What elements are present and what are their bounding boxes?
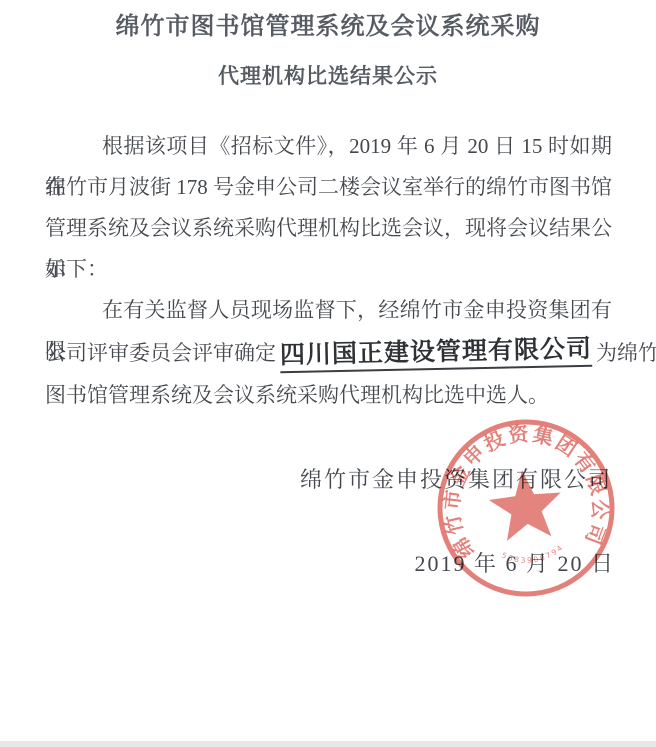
signature-date: 2019 年 6 月 20 日 <box>414 547 615 578</box>
paragraph2-line3: 图书馆管理系统及会议系统采购代理机构比选中选人。 <box>45 375 612 416</box>
scan-bottom-edge <box>0 741 656 747</box>
paragraph1-line3: 管理系统及会议系统采购代理机构比选会议，现将会议结果公示 <box>45 208 612 249</box>
decision-text-prefix: 公司评审委员会评审确定 <box>45 331 276 375</box>
document-body: 根据该项目《招标文件》，2019 年 6 月 20 日 15 时如期在 绵竹市月… <box>45 126 612 416</box>
signature-company: 绵竹市金申投资集团有限公司 <box>300 463 612 494</box>
document-title-line1: 绵竹市图书馆管理系统及会议系统采购 <box>0 6 656 41</box>
paragraph1-line2: 绵竹市月波街 178 号金申公司二楼会议室举行的绵竹市图书馆 <box>45 167 612 208</box>
official-seal: 绵竹市金申投资集团有限公司 5683900794 <box>422 404 631 613</box>
document-page: 绵竹市图书馆管理系统及会议系统采购 代理机构比选结果公示 根据该项目《招标文件》… <box>0 0 656 747</box>
handwritten-company-name: 四川国正建设管理有限公司 <box>280 335 593 374</box>
paragraph2-line1: 在有关监督人员现场监督下，经绵竹市金申投资集团有限 <box>45 290 612 331</box>
document-title-line2: 代理机构比选结果公示 <box>0 60 656 90</box>
paragraph2-line2: 公司评审委员会评审确定 四川国正建设管理有限公司 为绵竹市 <box>45 331 612 375</box>
paragraph1-line1: 根据该项目《招标文件》，2019 年 6 月 20 日 15 时如期在 <box>45 126 612 167</box>
decision-text-suffix: 为绵竹市 <box>596 331 656 375</box>
paragraph1-line4: 如下： <box>45 249 612 290</box>
